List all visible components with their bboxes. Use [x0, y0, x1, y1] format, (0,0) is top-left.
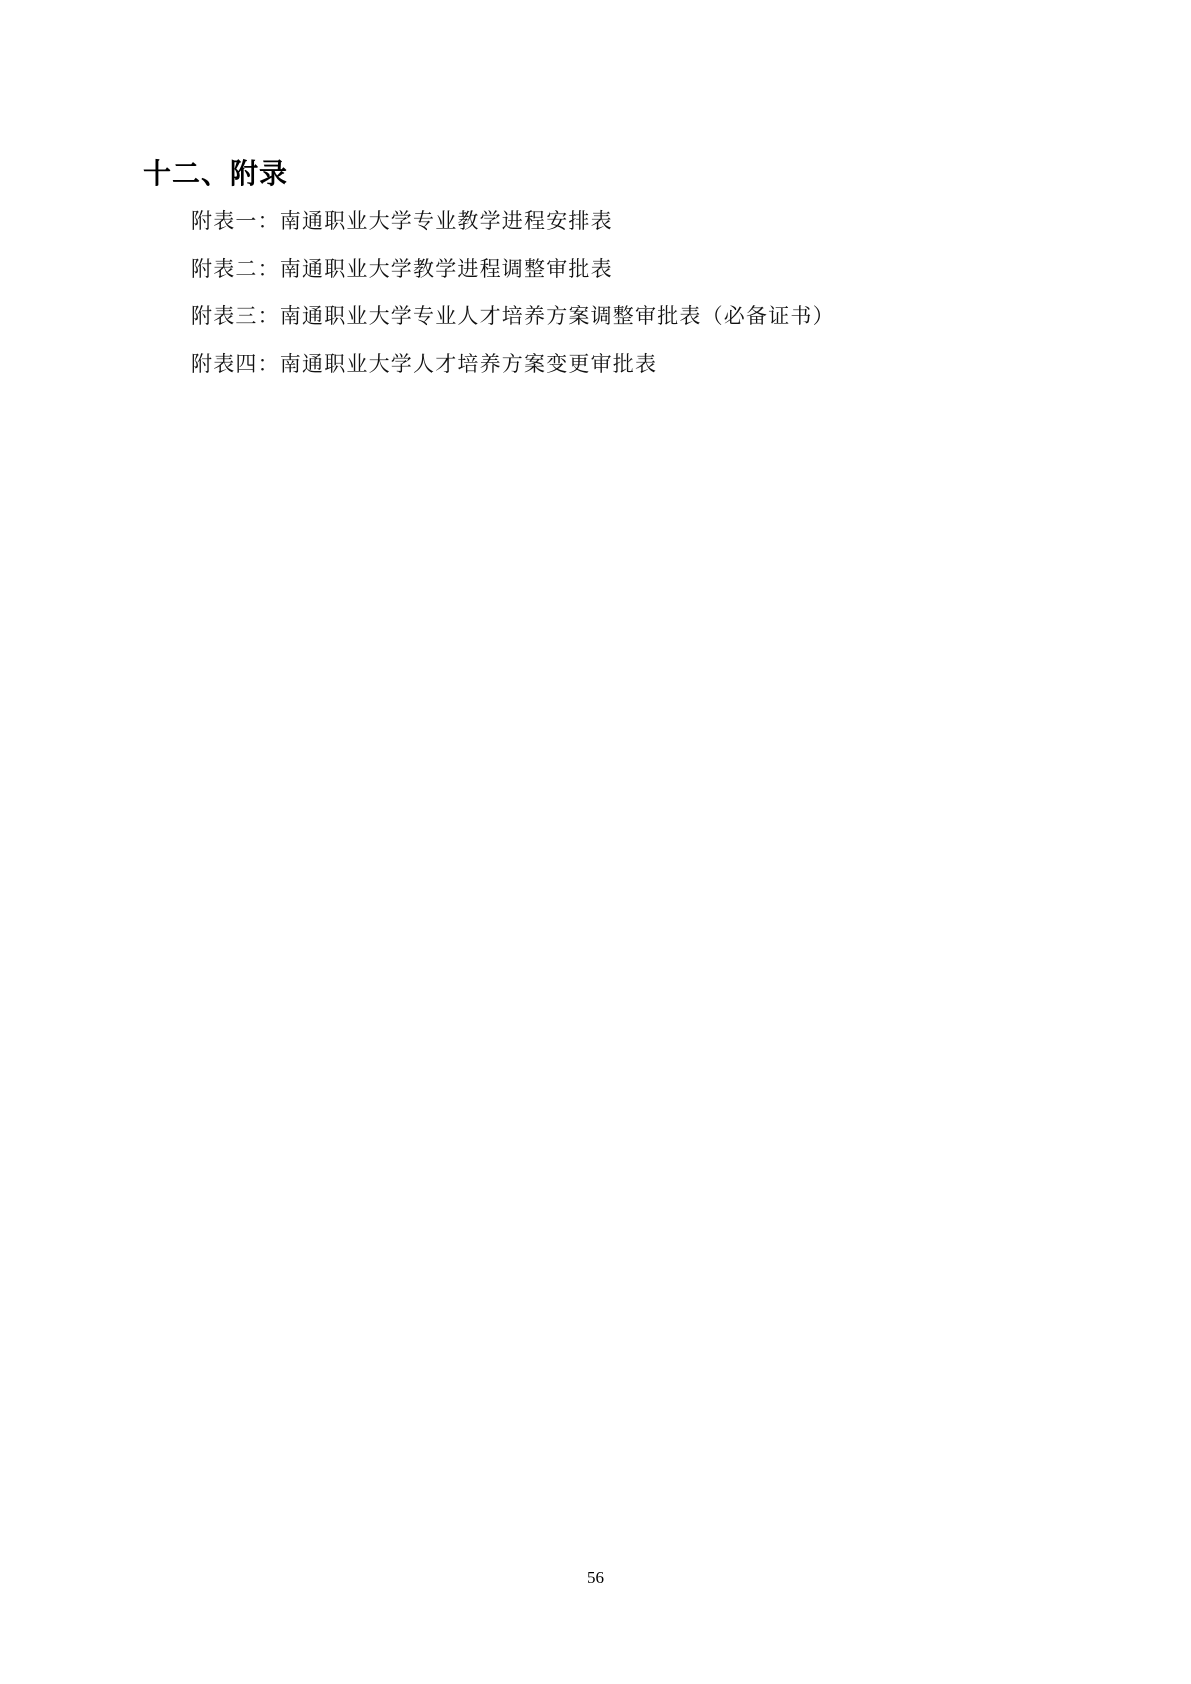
document-page: 十二、附录 附表一：南通职业大学专业教学进程安排表 附表二：南通职业大学教学进程…	[0, 0, 1191, 1684]
section-heading: 十二、附录	[143, 156, 288, 192]
appendix-item-4: 附表四：南通职业大学人才培养方案变更审批表	[191, 352, 835, 376]
appendix-list: 附表一：南通职业大学专业教学进程安排表 附表二：南通职业大学教学进程调整审批表 …	[191, 209, 835, 399]
appendix-item-3: 附表三：南通职业大学专业人才培养方案调整审批表（必备证书）	[191, 304, 835, 328]
page-number: 56	[0, 1568, 1191, 1588]
appendix-item-2: 附表二：南通职业大学教学进程调整审批表	[191, 257, 835, 281]
appendix-item-1: 附表一：南通职业大学专业教学进程安排表	[191, 209, 835, 233]
